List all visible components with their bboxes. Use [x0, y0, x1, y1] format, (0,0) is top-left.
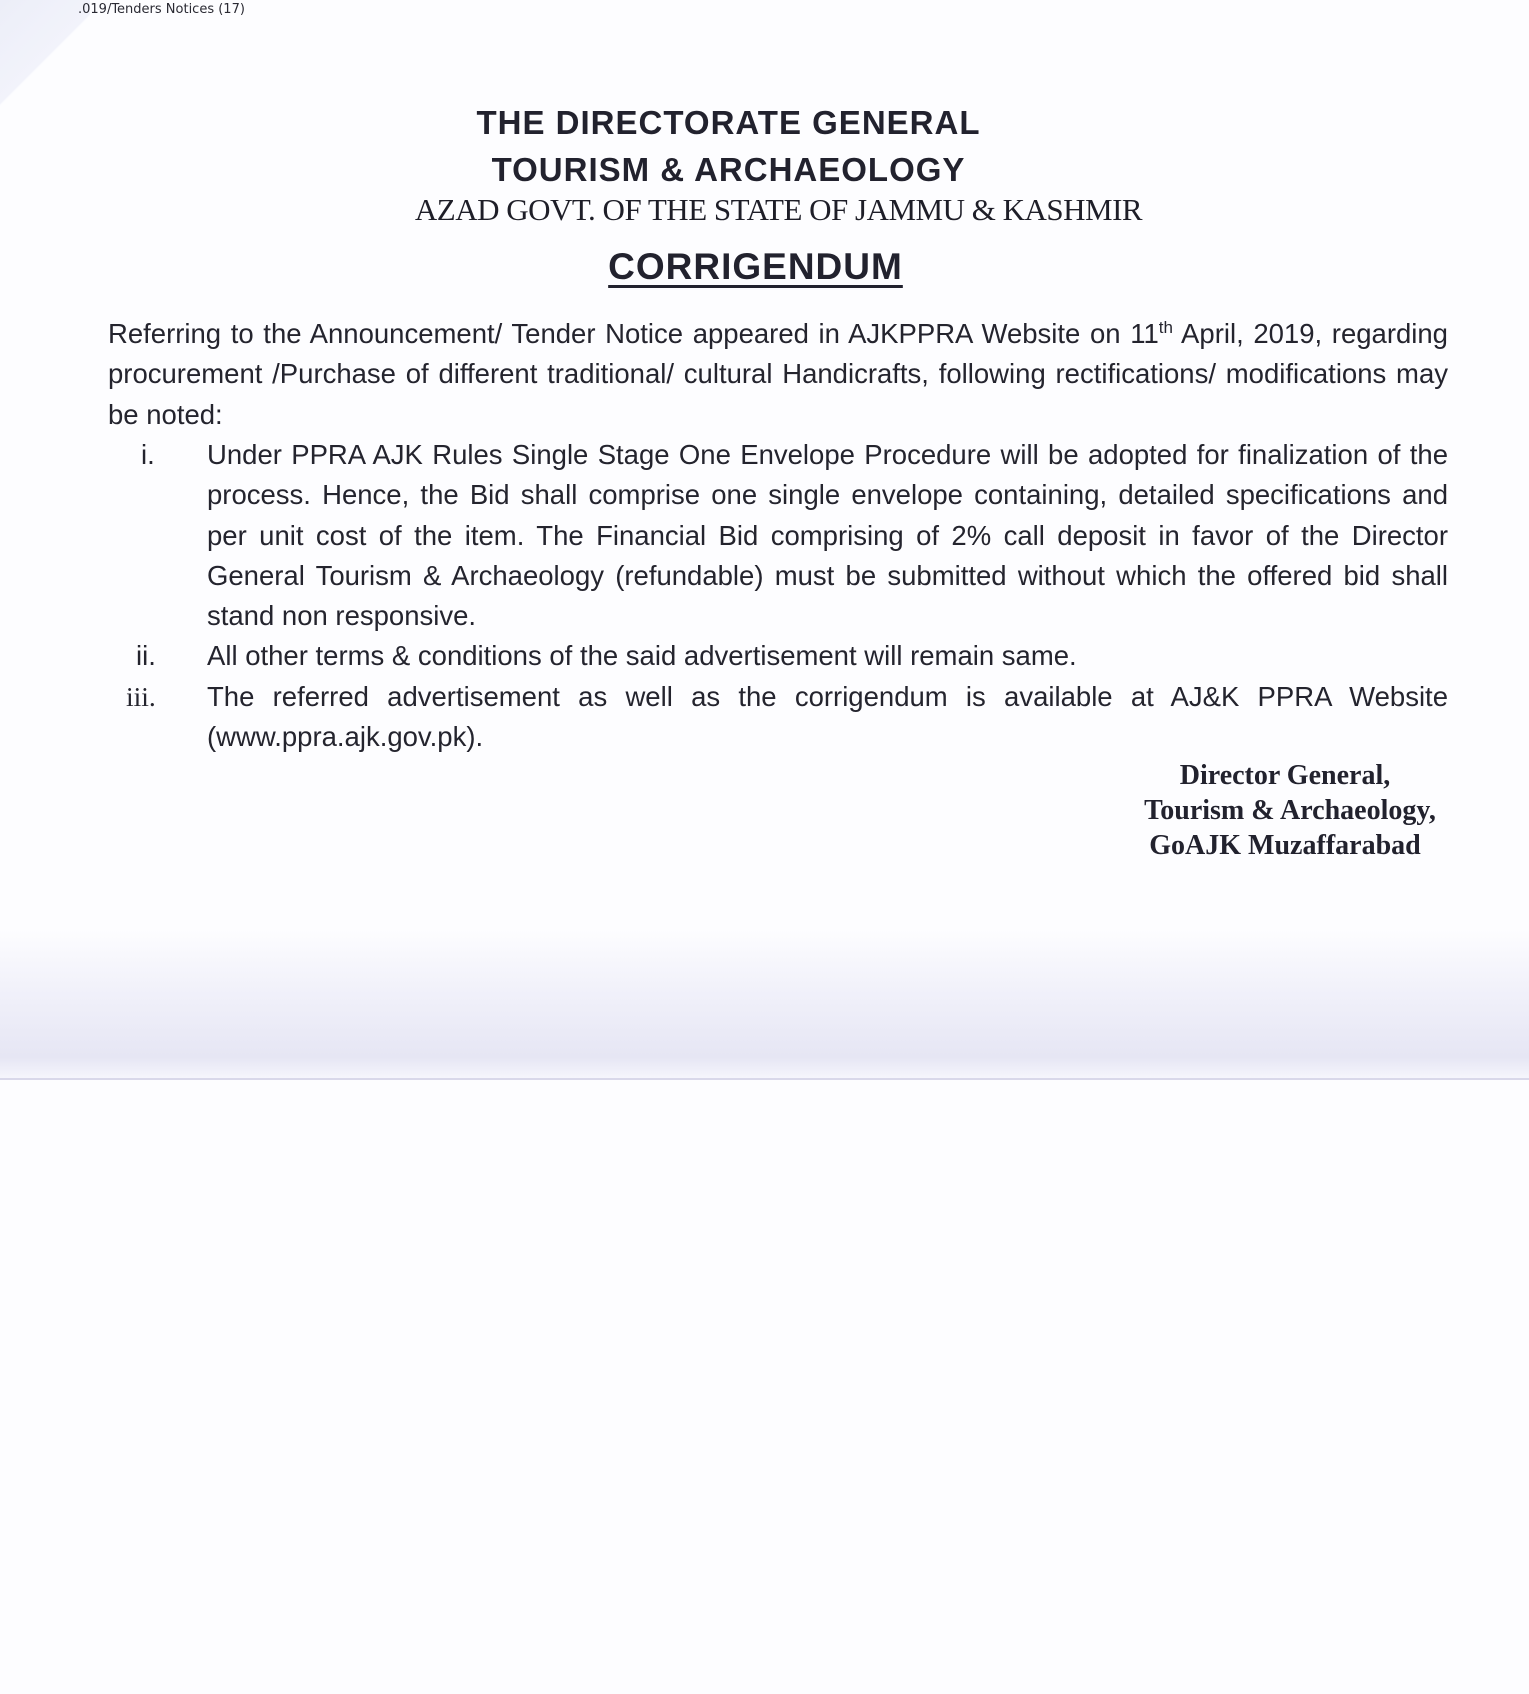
- list-item: iii. The referred advertisement as well …: [108, 677, 1448, 758]
- signature-block: Director General, Tourism & Archaeology,…: [1060, 758, 1510, 863]
- intro-text-1: Referring to the Announcement/ Tender No…: [108, 318, 1159, 349]
- document-title-text: CORRIGENDUM: [608, 246, 903, 287]
- file-reference: .019/Tenders Notices (17): [78, 2, 245, 17]
- list-item-number: iii.: [108, 677, 207, 758]
- intro-paragraph: Referring to the Announcement/ Tender No…: [108, 314, 1448, 435]
- signature-location: GoAJK Muzaffarabad: [1060, 828, 1510, 863]
- letterhead-line-1: THE DIRECTORATE GENERAL: [0, 106, 1493, 139]
- list-item: i. Under PPRA AJK Rules Single Stage One…: [108, 435, 1448, 636]
- signature-department: Tourism & Archaeology,: [1070, 793, 1510, 828]
- list-item: ii. All other terms & conditions of the …: [108, 636, 1448, 676]
- list-item-text: Under PPRA AJK Rules Single Stage One En…: [207, 435, 1448, 636]
- letterhead-line-3: AZAD GOVT. OF THE STATE OF JAMMU & KASHM…: [14, 194, 1529, 225]
- rectification-list: i. Under PPRA AJK Rules Single Stage One…: [108, 435, 1448, 757]
- intro-superscript: th: [1159, 318, 1173, 337]
- paper-fold-shadow: [0, 930, 1529, 1080]
- list-item-number: i.: [108, 435, 207, 636]
- list-item-number: ii.: [108, 636, 207, 676]
- paper-fold-crease: [0, 1078, 1529, 1080]
- document-title: CORRIGENDUM: [0, 248, 1520, 285]
- list-item-text: All other terms & conditions of the said…: [207, 636, 1448, 676]
- signature-title: Director General,: [1060, 758, 1510, 793]
- letterhead-line-2: TOURISM & ARCHAEOLOGY: [0, 153, 1493, 186]
- list-item-text: The referred advertisement as well as th…: [207, 677, 1448, 758]
